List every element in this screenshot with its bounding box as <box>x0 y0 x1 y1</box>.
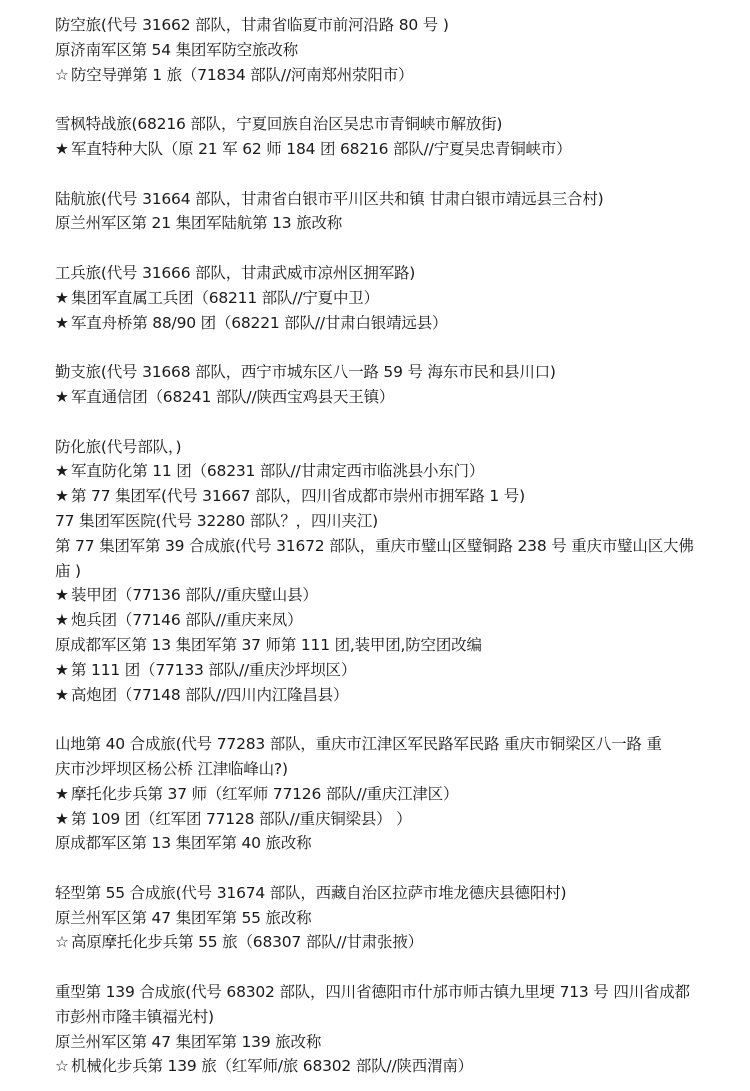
text-line: ★军直特种大队（原 21 军 62 师 184 团 68216 部队//宁夏吴忠… <box>55 137 745 162</box>
solid-star-icon: ★ <box>55 459 71 484</box>
text-line: 防化旅(代号部队，) <box>55 435 745 460</box>
text-line: ★第 109 团（红军团 77128 部队//重庆铜梁县） ） <box>55 807 745 832</box>
blank-line <box>55 335 745 360</box>
document-body: 防空旅(代号 31662 部队，甘肃省临夏市前河沿路 80 号 ) 原济南军区第… <box>55 13 745 1079</box>
solid-star-icon: ★ <box>55 608 71 633</box>
section-chemical-defense-brigade: 防化旅(代号部队，) ★军直防化第 11 团（68231 部队//甘肃定西市临洮… <box>55 435 745 708</box>
text-line: 原成都军区第 13 集团军第 37 师第 111 团,装甲团,防空团改编 <box>55 633 745 658</box>
text-line: 原成都军区第 13 集团军第 40 旅改称 <box>55 831 745 856</box>
text-line: 轻型第 55 合成旅(代号 31674 部队，西藏自治区拉萨市堆龙德庆县德阳村) <box>55 881 745 906</box>
text-line: ★炮兵团（77146 部队//重庆来凤） <box>55 608 745 633</box>
blank-line <box>55 856 745 881</box>
solid-star-icon: ★ <box>55 807 71 832</box>
text-line: 工兵旅(代号 31666 部队，甘肃武威市凉州区拥军路) <box>55 261 745 286</box>
text-line: 市彭州市隆丰镇福光村) <box>55 1005 745 1030</box>
section-heavy-139th-brigade: 重型第 139 合成旅(代号 68302 部队，四川省德阳市什邡市师古镇九里埂 … <box>55 980 745 1079</box>
text-line: 庆市沙坪坝区杨公桥 江津临峰山?) <box>55 757 745 782</box>
text-line: 勤支旅(代号 31668 部队，西宁市城东区八一路 59 号 海东市民和县川口) <box>55 360 745 385</box>
solid-star-icon: ★ <box>55 385 71 410</box>
section-special-ops-brigade: 雪枫特战旅(68216 部队，宁夏回族自治区吴忠市青铜峡市解放街) ★军直特种大… <box>55 112 745 162</box>
text-line: 庙 ) <box>55 559 745 584</box>
solid-star-icon: ★ <box>55 137 71 162</box>
text-line: 原兰州军区第 47 集团军第 139 旅改称 <box>55 1030 745 1055</box>
section-air-defense-brigade: 防空旅(代号 31662 部队，甘肃省临夏市前河沿路 80 号 ) 原济南军区第… <box>55 13 745 87</box>
blank-line <box>55 236 745 261</box>
section-light-55th-brigade: 轻型第 55 合成旅(代号 31674 部队，西藏自治区拉萨市堆龙德庆县德阳村)… <box>55 881 745 955</box>
text-line: 原兰州军区第 21 集团军陆航第 13 旅改称 <box>55 211 745 236</box>
text-line: ☆防空导弹第 1 旅（71834 部队//河南郑州荥阳市） <box>55 63 745 88</box>
section-army-aviation-brigade: 陆航旅(代号 31664 部队，甘肃省白银市平川区共和镇 甘肃白银市靖远县三合村… <box>55 187 745 237</box>
hollow-star-icon: ☆ <box>55 1054 71 1079</box>
solid-star-icon: ★ <box>55 286 71 311</box>
text-line: 陆航旅(代号 31664 部队，甘肃省白银市平川区共和镇 甘肃白银市靖远县三合村… <box>55 187 745 212</box>
text-line: 原兰州军区第 47 集团军第 55 旅改称 <box>55 906 745 931</box>
text-line: 山地第 40 合成旅(代号 77283 部队，重庆市江津区军民路军民路 重庆市铜… <box>55 732 745 757</box>
text-line: 第 77 集团军第 39 合成旅(代号 31672 部队，重庆市璧山区璧铜路 2… <box>55 534 745 559</box>
section-mountain-40th-brigade: 山地第 40 合成旅(代号 77283 部队，重庆市江津区军民路军民路 重庆市铜… <box>55 732 745 856</box>
text-line: ★第 77 集团军(代号 31667 部队，四川省成都市崇州市拥军路 1 号) <box>55 484 745 509</box>
section-support-brigade: 勤支旅(代号 31668 部队，西宁市城东区八一路 59 号 海东市民和县川口)… <box>55 360 745 410</box>
text-line: ★军直防化第 11 团（68231 部队//甘肃定西市临洮县小东门） <box>55 459 745 484</box>
hollow-star-icon: ☆ <box>55 63 71 88</box>
text-line: 重型第 139 合成旅(代号 68302 部队，四川省德阳市什邡市师古镇九里埂 … <box>55 980 745 1005</box>
solid-star-icon: ★ <box>55 782 71 807</box>
text-line: ★集团军直属工兵团（68211 部队//宁夏中卫） <box>55 286 745 311</box>
solid-star-icon: ★ <box>55 484 71 509</box>
blank-line <box>55 162 745 187</box>
text-line: 防空旅(代号 31662 部队，甘肃省临夏市前河沿路 80 号 ) <box>55 13 745 38</box>
text-line: ★军直舟桥第 88/90 团（68221 部队//甘肃白银靖远县） <box>55 311 745 336</box>
solid-star-icon: ★ <box>55 583 71 608</box>
text-line: 77 集团军医院(代号 32280 部队？，四川夹江) <box>55 509 745 534</box>
blank-line <box>55 955 745 980</box>
text-line: ☆高原摩托化步兵第 55 旅（68307 部队//甘肃张掖） <box>55 930 745 955</box>
blank-line <box>55 87 745 112</box>
solid-star-icon: ★ <box>55 311 71 336</box>
section-engineer-brigade: 工兵旅(代号 31666 部队，甘肃武威市凉州区拥军路) ★集团军直属工兵团（6… <box>55 261 745 335</box>
solid-star-icon: ★ <box>55 683 71 708</box>
text-line: 雪枫特战旅(68216 部队，宁夏回族自治区吴忠市青铜峡市解放街) <box>55 112 745 137</box>
solid-star-icon: ★ <box>55 658 71 683</box>
text-line: ★摩托化步兵第 37 师（红军师 77126 部队//重庆江津区） <box>55 782 745 807</box>
text-line: ☆机械化步兵第 139 旅（红军师/旅 68302 部队//陕西渭南） <box>55 1054 745 1079</box>
blank-line <box>55 410 745 435</box>
text-line: 原济南军区第 54 集团军防空旅改称 <box>55 38 745 63</box>
text-line: ★高炮团（77148 部队//四川内江隆昌县） <box>55 683 745 708</box>
hollow-star-icon: ☆ <box>55 930 71 955</box>
text-line: ★第 111 团（77133 部队//重庆沙坪坝区） <box>55 658 745 683</box>
text-line: ★装甲团（77136 部队//重庆璧山县） <box>55 583 745 608</box>
blank-line <box>55 707 745 732</box>
text-line: ★军直通信团（68241 部队//陕西宝鸡县天王镇） <box>55 385 745 410</box>
